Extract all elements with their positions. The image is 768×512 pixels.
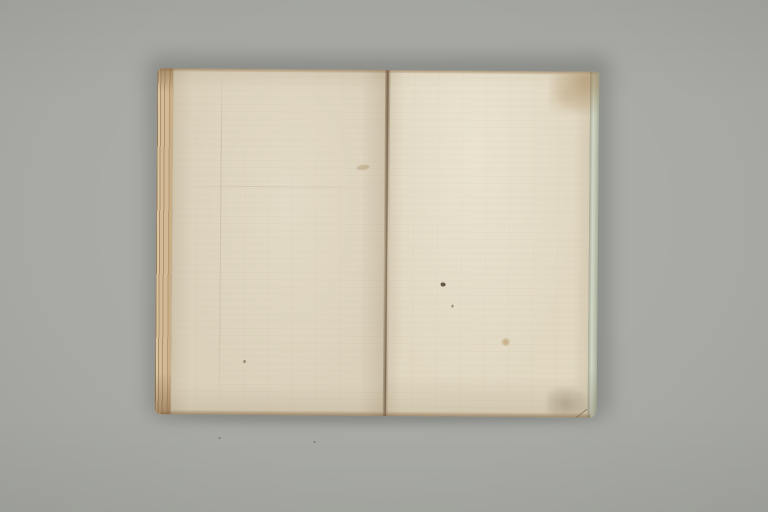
paper-speck [243,360,246,363]
background-speck [218,437,221,439]
dark-speck [441,283,446,287]
dark-speck [451,305,453,308]
foxing-spot [501,338,510,346]
right-page [388,70,591,418]
open-book [155,68,600,417]
page-crease-horizontal [177,185,381,188]
page-crease-vertical [219,73,223,405]
left-page [171,68,386,416]
background-speck [313,441,316,443]
faint-stain [356,164,370,171]
photo-background [0,0,768,512]
